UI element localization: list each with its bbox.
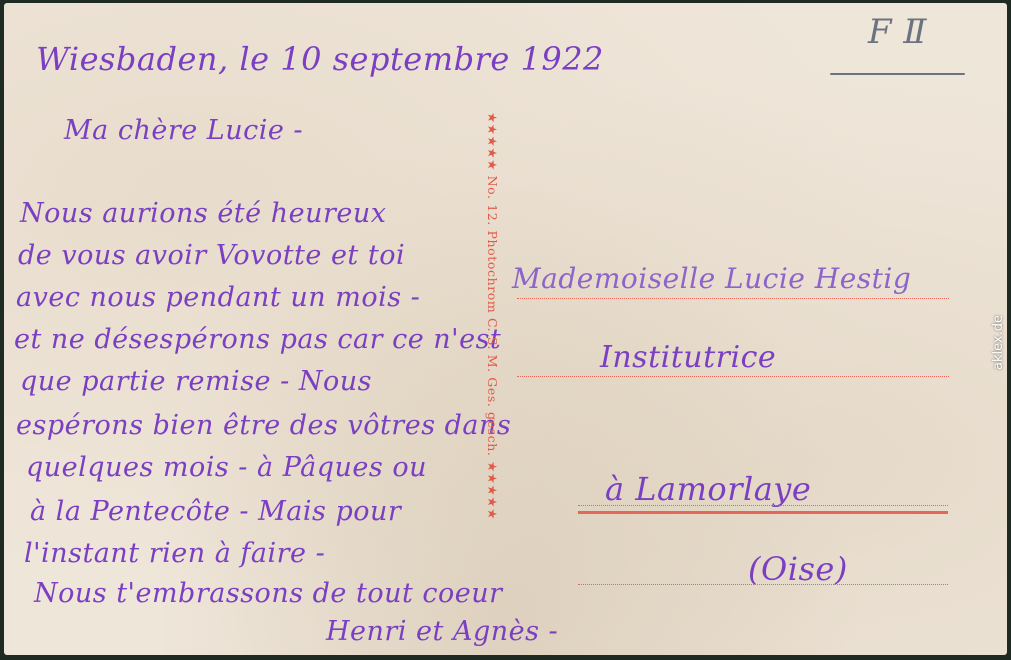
- address-town: à Lamorlaye: [605, 470, 811, 508]
- address-line-2: [517, 376, 949, 377]
- reference-mark: F Ⅱ: [868, 12, 927, 52]
- message-line: l'instant rien à faire -: [24, 538, 325, 569]
- message-line: et ne désespérons pas car ce n'est: [14, 324, 501, 355]
- address-line-3-dotted: [578, 505, 948, 506]
- message-line: à la Pentecôte - Mais pour: [30, 496, 401, 527]
- publisher-imprint: ★★★★★ No. 12. Photochrom C. S. M. Ges. g…: [485, 112, 500, 520]
- address-recipient: Mademoiselle Lucie Hestig: [512, 262, 911, 295]
- address-title: Institutrice: [600, 340, 776, 375]
- message-line: Nous t'embrassons de tout coeur: [34, 578, 503, 609]
- message-line: que partie remise - Nous: [20, 366, 372, 397]
- watermark: aklex.de: [991, 315, 1006, 370]
- address-line-1: [517, 298, 949, 299]
- reference-underline: [830, 73, 965, 75]
- address-department: (Oise): [748, 550, 848, 588]
- signature: Henri et Agnès -: [326, 616, 558, 647]
- address-line-4: [578, 584, 948, 585]
- dateline: Wiesbaden, le 10 septembre 1922: [36, 40, 604, 78]
- address-line-3-solid: [578, 511, 948, 514]
- salutation: Ma chère Lucie -: [64, 115, 303, 146]
- message-line: espérons bien être des vôtres dans: [16, 410, 511, 441]
- message-line: quelques mois - à Pâques ou: [26, 452, 427, 483]
- message-line: de vous avoir Vovotte et toi: [18, 240, 405, 271]
- message-line: avec nous pendant un mois -: [16, 282, 420, 313]
- message-line: Nous aurions été heureux: [20, 198, 386, 229]
